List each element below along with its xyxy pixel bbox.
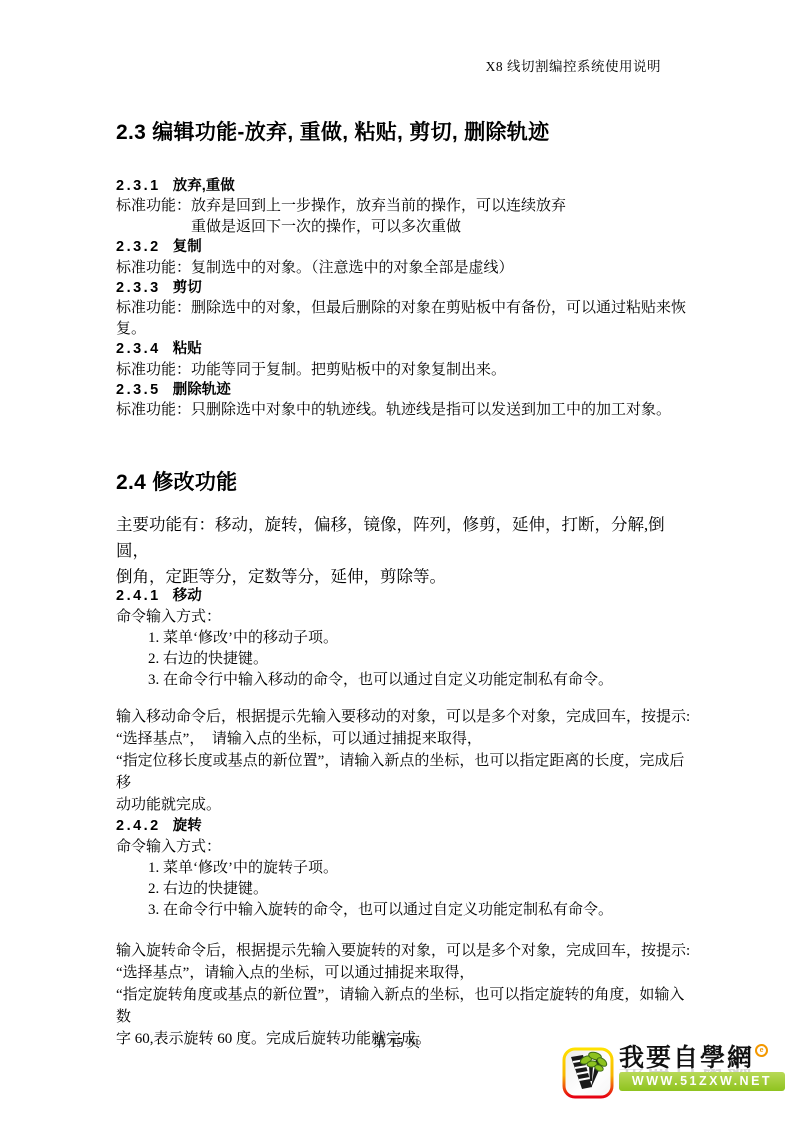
section-2-3-body: 2.3.1放弃,重做 标准功能：放弃是回到上一步操作，放弃当前的操作，可以连续放… <box>116 176 688 421</box>
subsection-title: 旋转 <box>173 818 202 834</box>
subsection-number: 2.3.1 <box>116 178 161 194</box>
subsection-2-4-2: 2.4.2旋转 命令输入方式： 1. 菜单‘修改’中的旋转子项。 2. 右边的快… <box>116 816 688 921</box>
command-input-label: 命令输入方式： <box>116 837 688 858</box>
subsection-number: 2.3.3 <box>116 280 161 296</box>
body-text: 标准功能：只删除选中对象中的轨迹线。轨迹线是指可以发送到加工中的加工对象。 <box>116 400 688 420</box>
subsection-number: 2.3.2 <box>116 239 161 255</box>
body-text: 标准功能：删除选中的对象，但最后删除的对象在剪贴板中有备份，可以通过粘贴来恢复。 <box>116 298 688 339</box>
command-step: 1. 菜单‘修改’中的移动子项。 <box>116 628 688 649</box>
subsection-title: 删除轨迹 <box>173 382 231 398</box>
section-2-4-intro: 主要功能有：移动，旋转，偏移，镜像，阵列，修剪，延伸，打断，分解,倒圆， 倒角，… <box>116 512 694 590</box>
subsection-title: 复制 <box>173 239 202 255</box>
subsection-heading-2-3-3: 2.3.3剪切 <box>116 278 688 298</box>
subsection-title: 放弃,重做 <box>173 178 235 194</box>
watermark-site-url: WWW.51ZXW.NET <box>619 1072 785 1091</box>
v-plant-logo-icon <box>562 1047 614 1099</box>
command-step-list: 1. 菜单‘修改’中的移动子项。 2. 右边的快捷键。 3. 在命令行中输入移动… <box>116 628 688 691</box>
command-step: 3. 在命令行中输入移动的命令，也可以通过自定义功能定制私有命令。 <box>116 670 688 691</box>
command-step-list: 1. 菜单‘修改’中的旋转子项。 2. 右边的快捷键。 3. 在命令行中输入旋转… <box>116 858 688 921</box>
section-2-4-heading: 2.4 修改功能 <box>116 466 237 496</box>
command-step: 1. 菜单‘修改’中的旋转子项。 <box>116 858 688 879</box>
subsection-2-4-1: 2.4.1移动 命令输入方式： 1. 菜单‘修改’中的移动子项。 2. 右边的快… <box>116 586 688 691</box>
body-text: 标准功能：功能等同于复制。把剪贴板中的对象复制出来。 <box>116 360 688 380</box>
body-text: 标准功能：复制选中的对象。（注意选中的对象全部是虚线） <box>116 258 688 278</box>
move-description-paragraph: 输入移动命令后，根据提示先输入要移动的对象，可以是多个对象，完成回车，按提示: … <box>116 706 694 816</box>
subsection-number: 2.4.1 <box>116 588 161 604</box>
section-2-3-heading: 2.3 编辑功能-放弃, 重做, 粘贴, 剪切, 删除轨迹 <box>116 116 549 146</box>
body-text: 标准功能：放弃是回到上一步操作，放弃当前的操作，可以连续放弃 <box>116 196 688 216</box>
subsection-title: 粘贴 <box>173 341 202 357</box>
subsection-heading-2-4-1: 2.4.1移动 <box>116 586 688 607</box>
subsection-number: 2.3.5 <box>116 382 161 398</box>
body-text: 重做是返回下一次的操作，可以多次重做 <box>116 217 688 237</box>
watermark-logo: 我要自學網e 我要自學網 WWW.51ZXW.NET <box>562 1044 788 1099</box>
command-step: 2. 右边的快捷键。 <box>116 649 688 670</box>
subsection-title: 移动 <box>173 588 202 604</box>
watermark-site-name: 我要自學網e <box>619 1044 785 1072</box>
subsection-number: 2.3.4 <box>116 341 161 357</box>
subsection-heading-2-3-2: 2.3.2复制 <box>116 237 688 257</box>
e-badge-icon: e <box>755 1044 768 1057</box>
document-page: { "header": { "title": "X8 线切割编控系统使用说明" … <box>0 0 793 1122</box>
command-step: 3. 在命令行中输入旋转的命令，也可以通过自定义功能定制私有命令。 <box>116 900 688 921</box>
header-title: X8 线切割编控系统使用说明 <box>486 59 661 74</box>
subsection-number: 2.4.2 <box>116 818 161 834</box>
command-input-label: 命令输入方式： <box>116 607 688 628</box>
page-header: X8 线切割编控系统使用说明 <box>0 55 661 75</box>
subsection-heading-2-4-2: 2.4.2旋转 <box>116 816 688 837</box>
subsection-heading-2-3-5: 2.3.5删除轨迹 <box>116 380 688 400</box>
subsection-title: 剪切 <box>173 280 202 296</box>
command-step: 2. 右边的快捷键。 <box>116 879 688 900</box>
watermark-text-block: 我要自學網e 我要自學網 WWW.51ZXW.NET <box>619 1044 785 1091</box>
subsection-heading-2-3-4: 2.3.4粘贴 <box>116 339 688 359</box>
subsection-heading-2-3-1: 2.3.1放弃,重做 <box>116 176 688 196</box>
